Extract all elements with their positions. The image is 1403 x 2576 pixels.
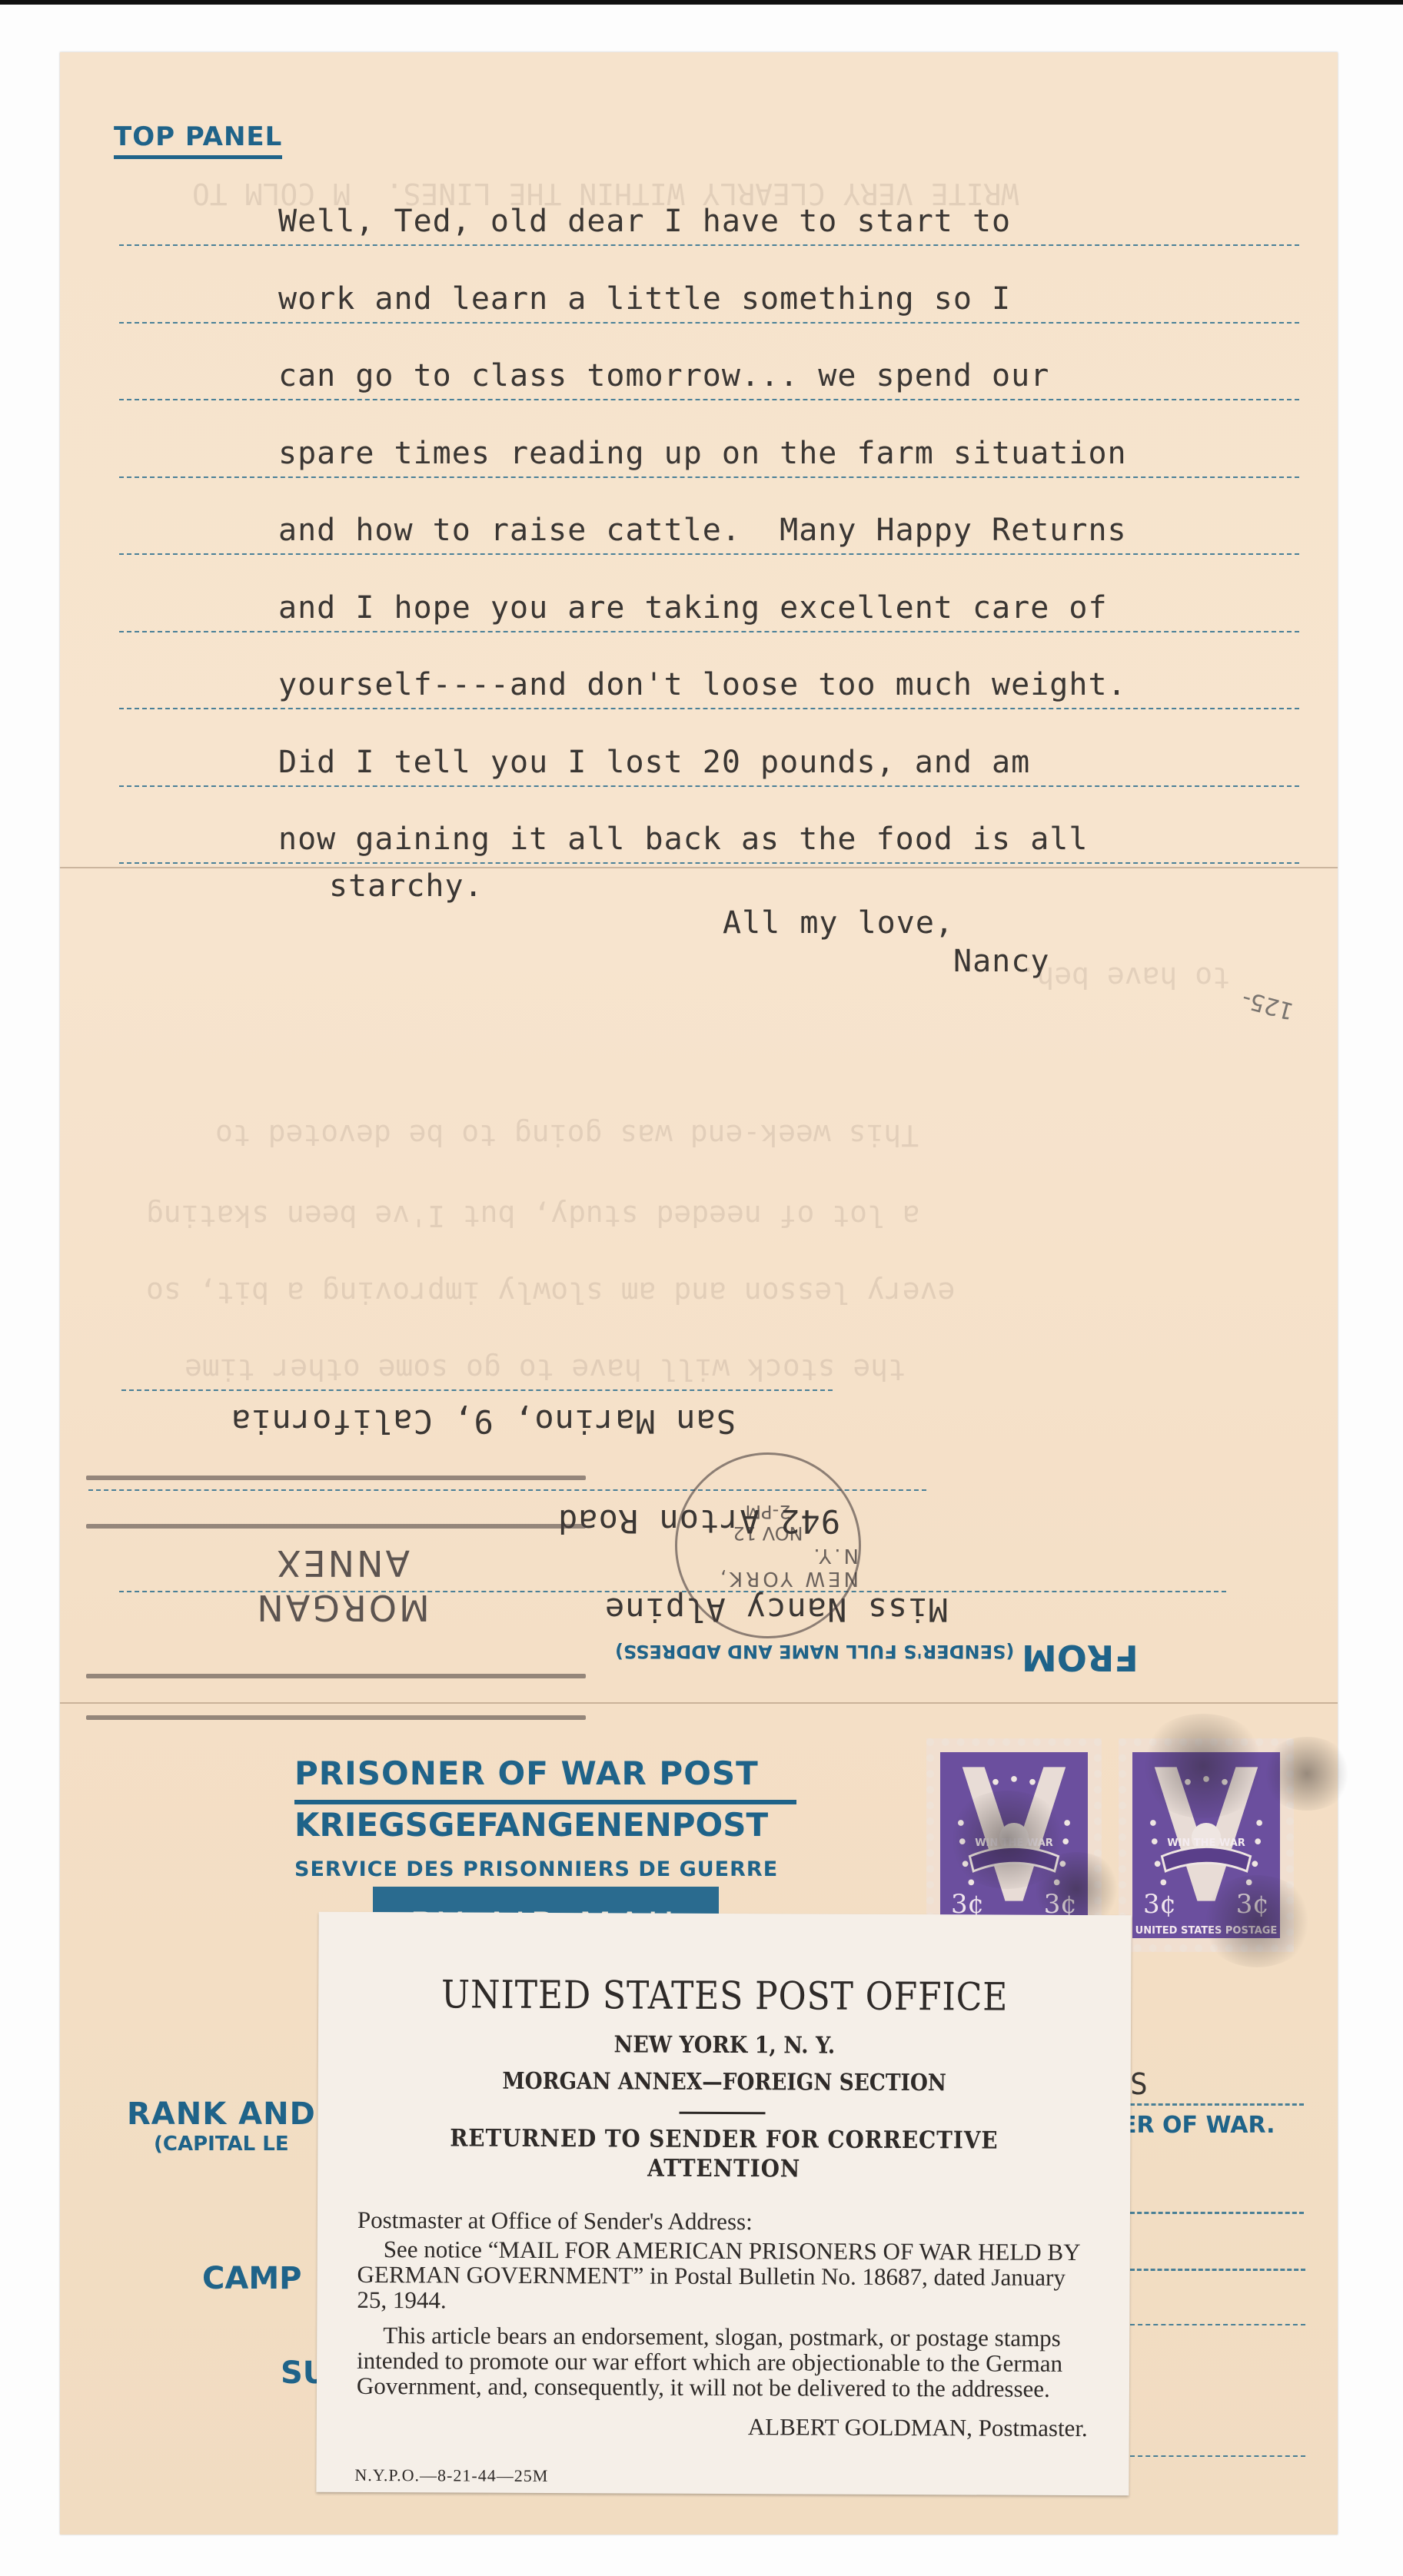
morgan-annex-cancel: MORGAN ANNEX bbox=[254, 1541, 431, 1630]
sender-city: San Marino, 9, California bbox=[231, 1403, 736, 1440]
rank-label: RANK AND bbox=[127, 2096, 316, 2132]
cancellation-bar bbox=[86, 1674, 586, 1678]
from-label: FROM bbox=[1022, 1637, 1139, 1678]
show-through-text: the stock will have to go some other tim… bbox=[185, 1353, 906, 1386]
cancellation-smudge bbox=[1138, 1714, 1268, 1818]
letter-line: yourself----and don't loose too much wei… bbox=[278, 667, 1127, 702]
returned-notice-label: UNITED STATES POST OFFICE NEW YORK 1, N.… bbox=[316, 1912, 1131, 2496]
letter-line: and I hope you are taking excellent care… bbox=[278, 590, 1108, 626]
pow-post-title: PRISONER OF WAR POST bbox=[294, 1754, 759, 1792]
letter-line: now gaining it all back as the food is a… bbox=[278, 822, 1088, 857]
ruled-line bbox=[119, 708, 1299, 709]
pow-title-rule bbox=[294, 1800, 796, 1804]
stamp-slogan: WIN THE WAR bbox=[1132, 1837, 1280, 1849]
notice-addressee: Postmaster at Office of Sender's Address… bbox=[357, 2207, 1097, 2236]
cancellation-bar bbox=[86, 1715, 586, 1720]
notice-paragraph-1: See notice “MAIL FOR AMERICAN PRISONERS … bbox=[357, 2236, 1096, 2315]
notice-form-code: N.Y.P.O.—8-21-44—25M bbox=[354, 2465, 548, 2486]
postmark-date: NOV 12 bbox=[733, 1522, 803, 1544]
form-line bbox=[1130, 2324, 1305, 2325]
prisoner-of-war-fragment: ER OF WAR. bbox=[1121, 2112, 1275, 2139]
letter-continuation: starchy. bbox=[329, 868, 484, 904]
notice-title: UNITED STATES POST OFFICE bbox=[367, 1972, 1082, 2020]
show-through-text: This week-end was going to be devoted to bbox=[215, 1118, 919, 1152]
pow-post-french: SERVICE DES PRISONNIERS DE GUERRE bbox=[294, 1857, 778, 1881]
right-fragment-top: S bbox=[1130, 2067, 1149, 2101]
notice-signature: ALBERT GOLDMAN, Postmaster. bbox=[748, 2413, 1088, 2442]
notice-section: MORGAN ANNEX—FOREIGN SECTION bbox=[367, 2067, 1082, 2097]
letter-salutation: All my love, bbox=[723, 905, 954, 941]
letter-signature: Nancy bbox=[953, 944, 1049, 979]
form-line bbox=[1130, 2455, 1305, 2457]
letter-line: and how to raise cattle. Many Happy Retu… bbox=[278, 513, 1127, 548]
ruled-line bbox=[119, 399, 1299, 400]
form-line bbox=[1130, 2103, 1304, 2106]
ruled-line bbox=[119, 553, 1299, 555]
form-line bbox=[1130, 2269, 1305, 2271]
ruled-line bbox=[119, 476, 1299, 478]
form-line bbox=[1130, 2212, 1304, 2214]
notice-heading: RETURNED TO SENDER FOR CORRECTIVE ATTENT… bbox=[400, 2123, 1049, 2185]
ruled-line bbox=[119, 785, 1299, 787]
letter-line: can go to class tomorrow... we spend our bbox=[278, 358, 1049, 393]
show-through-text: a lot of needed study, but I've been ska… bbox=[146, 1199, 920, 1233]
camp-label: CAMP bbox=[202, 2261, 301, 2296]
letter-line: Did I tell you I lost 20 pounds, and am bbox=[278, 745, 1030, 780]
letter-line: Well, Ted, old dear I have to start to bbox=[278, 204, 1011, 239]
postmark-time: 2-PM bbox=[745, 1501, 790, 1522]
fold-line-bottom bbox=[60, 1702, 1338, 1704]
stamp-value-left: 3¢ bbox=[1143, 1889, 1176, 1920]
top-panel-label: TOP PANEL bbox=[114, 121, 282, 159]
ruled-line bbox=[119, 244, 1299, 246]
new-york-postmark: NEW YORK, N.Y. NOV 12 2-PM bbox=[675, 1452, 861, 1638]
notice-paragraph-2: This article bears an endorsement, sloga… bbox=[357, 2322, 1096, 2402]
notice-rule bbox=[680, 2112, 766, 2114]
cancellation-smudge bbox=[1261, 1737, 1353, 1811]
from-label-group: FROM (SENDER'S FULL NAME AND ADDRESS) bbox=[615, 1637, 1139, 1678]
ruled-line bbox=[119, 322, 1299, 324]
notice-location: NEW YORK 1, N. Y. bbox=[359, 2030, 1090, 2060]
cancellation-smudge bbox=[1199, 1875, 1315, 1967]
cancellation-bar bbox=[86, 1476, 586, 1480]
letter-line: work and learn a little something so I bbox=[278, 281, 1011, 317]
cancel-line-1: MORGAN bbox=[254, 1585, 431, 1630]
postmark-city: NEW YORK, N.Y. bbox=[677, 1544, 859, 1590]
cancel-line-2: ANNEX bbox=[254, 1541, 431, 1585]
from-sublabel: (SENDER'S FULL NAME AND ADDRESS) bbox=[615, 1641, 1014, 1662]
capital-letters-label: (CAPITAL LE bbox=[154, 2133, 289, 2156]
ruled-line bbox=[119, 862, 1299, 864]
address-line bbox=[121, 1389, 833, 1391]
letter-line: spare times reading up on the farm situa… bbox=[278, 436, 1127, 471]
scan-top-edge bbox=[0, 0, 1403, 5]
fold-line-top bbox=[60, 867, 1338, 868]
pow-post-german: KRIEGSGEFANGENENPOST bbox=[294, 1806, 768, 1844]
show-through-text: every lesson and am slowly improving a b… bbox=[146, 1276, 955, 1310]
cancellation-bar bbox=[86, 1524, 586, 1529]
ruled-line bbox=[119, 631, 1299, 632]
